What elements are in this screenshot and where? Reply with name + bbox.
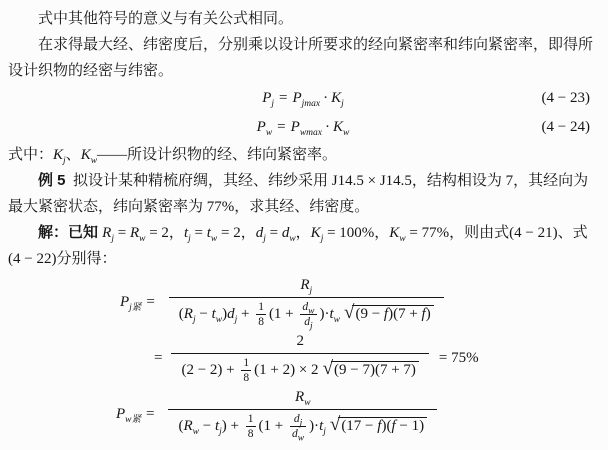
math-token: 、式 [558, 225, 588, 241]
dot-operator: · [323, 90, 328, 106]
subscript: w [304, 398, 310, 408]
math-token: ) [426, 306, 431, 322]
math-token: = [266, 225, 282, 241]
formula-warp-tightness-numeric: = 2 (2 − 2) + 18(1 + 2) × 2√(9 − 7)(7 + … [8, 332, 598, 384]
math-token: − 1) [396, 418, 424, 434]
subscript: j [300, 418, 303, 428]
math-token: (1 + 2) × 2 [254, 362, 318, 378]
equation-4-24: Pw=Pwmax·Kw (4 − 24) [8, 113, 598, 142]
square-root: √(9 − 7)(7 + 7) [323, 357, 419, 382]
var-R-weft: R [130, 225, 139, 241]
math-token: (9 − [355, 306, 383, 322]
math-token: = [191, 225, 207, 241]
where-prefix: 式中： [8, 147, 53, 163]
math-token: (2 − 2) + [181, 362, 238, 378]
subscript: jmax [302, 99, 320, 109]
subscript: w [334, 315, 340, 325]
solution-paragraph: 解：已知 Rj = Rw = 2，tj = tw = 2，dj = dw，Kj … [8, 220, 598, 272]
equation-4-23: Pj=Pjmax·Kj (4 − 23) [8, 84, 598, 113]
math-token: (9 − 7)(7 + 7) [334, 362, 416, 378]
math-token: )(7 + [388, 306, 421, 322]
minus-sign: − [199, 418, 215, 434]
var-R-weft: R [295, 389, 304, 405]
main-fraction: Rj (Rj − tw)dj + 18(1 + dwdj)·tw√(9 − f)… [169, 276, 444, 328]
var-K-warp: K [331, 90, 341, 106]
subscript: j [341, 99, 344, 109]
equation-reference-4-22: (4 − 22) [8, 251, 56, 267]
equation-number-4-24: (4 − 24) [542, 113, 590, 142]
var-P-weft-max: P [291, 119, 300, 135]
solution-label: 解：已知 [38, 224, 102, 241]
var-K-weft: K [389, 225, 399, 241]
fraction-diameter-ratio: djdw [290, 413, 306, 440]
fraction-denominator: (2 − 2) + 18(1 + 2) × 2√(9 − 7)(7 + 7) [171, 353, 428, 384]
small-denominator: 8 [246, 426, 256, 440]
subscript: j [323, 427, 326, 437]
var-R-warp: R [184, 306, 193, 322]
small-numerator: 1 [246, 413, 256, 426]
example-text [66, 173, 74, 189]
fraction-one-eighth: 18 [241, 357, 251, 384]
subscript: wmax [300, 128, 322, 138]
subscript: w [298, 433, 304, 443]
formula-weft-tightness: Pw紧= Rw (Rw − tj) + 18(1 + djdw)·tj√(17 … [8, 388, 598, 440]
formula-lhs: = [154, 345, 162, 371]
var-d-warp: d [227, 306, 235, 322]
fraction-numerator: Rw [168, 388, 437, 409]
var-P-warp-max: P [292, 90, 301, 106]
var-K-warp: K [53, 147, 63, 163]
math-token: = [114, 225, 130, 241]
where-description: ——所设计织物的经、纬向紧密率。 [97, 147, 337, 163]
math-token: ， [296, 225, 311, 241]
small-numerator: 1 [241, 357, 251, 370]
fraction-denominator: (Rw − tj) + 18(1 + djdw)·tj√(17 − f)(f −… [168, 409, 437, 440]
var-R-warp: R [300, 277, 309, 293]
subscript: j [310, 286, 313, 296]
math-token: (1 + [269, 306, 297, 322]
textbook-page: 式中其他符号的意义与有关公式相同。 在求得最大经、纬密度后，分别乘以设计所要求的… [0, 0, 608, 450]
fraction-numerator: Rj [169, 276, 444, 297]
enumeration-comma: 、 [66, 147, 81, 163]
subscript: j [271, 99, 274, 109]
equals-sign: = [146, 406, 154, 422]
radicand: (17 − f)(f − 1) [338, 417, 427, 434]
math-token: )· [320, 306, 330, 322]
equals-sign: = [277, 119, 285, 135]
yarn-spec: J14.5 × J14.5 [332, 173, 412, 189]
equation-reference-4-21: (4 − 21) [509, 225, 557, 241]
where-clause: 式中：Kj、Kw——所设计织物的经、纬向紧密率。 [8, 142, 598, 168]
var-P-weft-tight: P [116, 406, 125, 422]
equals-sign: = [146, 294, 154, 310]
var-R-weft: R [183, 418, 192, 434]
small-numerator: dj [290, 413, 306, 426]
math-token: (1 + [259, 418, 287, 434]
minus-sign: − [196, 306, 212, 322]
square-root: √(17 − f)(f − 1) [330, 413, 427, 438]
equals-sign: = [154, 350, 162, 366]
small-numerator: 1 [256, 301, 266, 314]
math-token: = 2， [217, 225, 255, 241]
math-token: 2 [296, 333, 304, 349]
small-numerator: dw [300, 301, 316, 314]
var-P-warp-tight: P [120, 294, 129, 310]
square-root: √(9 − f)(7 + f) [344, 301, 434, 326]
equation-4-23-body: Pj=Pjmax·Kj [262, 90, 344, 106]
formula-lhs: Pj紧= [120, 289, 160, 315]
var-K-weft: K [333, 119, 343, 135]
subscript: w [343, 128, 349, 138]
equals-sign: = [279, 90, 287, 106]
subscript: w紧 [125, 415, 141, 425]
paragraph-symbols-note: 式中其他符号的意义与有关公式相同。 [8, 6, 598, 32]
formula-warp-tightness: Pj紧= Rj (Rj − tw)dj + 18(1 + dwdj)·tw√(9… [8, 276, 598, 328]
formula-lhs: Pw紧= [116, 401, 159, 427]
math-token: (17 − [341, 418, 377, 434]
radicand: (9 − 7)(7 + 7) [331, 361, 419, 378]
dot-operator: · [325, 119, 330, 135]
fraction-one-eighth: 18 [256, 301, 266, 328]
equation-number-4-23: (4 − 23) [542, 84, 590, 113]
small-denominator: dw [290, 426, 306, 440]
plus-sign: + [237, 306, 253, 322]
subscript: w [308, 306, 314, 316]
fraction-numerator: 2 [171, 332, 428, 353]
paragraph-density-method: 在求得最大经、纬密度后，分别乘以设计所要求的经向紧密率和纬向紧密率，即得所设计织… [8, 32, 598, 84]
var-K-weft: K [81, 147, 91, 163]
example-5-paragraph: 例 5 拟设计某种精梳府绸，其经、纬纱采用 J14.5 × J14.5，结构相设… [8, 168, 598, 220]
radicand: (9 − f)(7 + f) [352, 305, 433, 322]
var-R-warp: R [102, 225, 111, 241]
main-fraction: Rw (Rw − tj) + 18(1 + djdw)·tj√(17 − f)(… [168, 388, 437, 440]
subscript: j [310, 321, 313, 331]
math-token: )( [381, 418, 391, 434]
var-P-warp: P [262, 90, 271, 106]
math-token: )· [309, 418, 319, 434]
subscript: w [266, 128, 272, 138]
fraction-diameter-ratio: dwdj [300, 301, 316, 328]
fraction-denominator: (Rj − tw)dj + 18(1 + dwdj)·tw√(9 − f)(7 … [169, 297, 444, 328]
var-K-warp: K [311, 225, 321, 241]
example-text: 拟设计某种精梳府绸，其经、纬纱采用 [73, 173, 332, 189]
subscript: j紧 [129, 303, 141, 313]
math-token: ) + [222, 418, 243, 434]
math-token: = 77%，则由式 [406, 225, 509, 241]
var-P-weft: P [257, 119, 266, 135]
small-denominator: 8 [241, 370, 251, 384]
main-fraction: 2 (2 − 2) + 18(1 + 2) × 2√(9 − 7)(7 + 7) [171, 332, 428, 384]
fraction-one-eighth: 18 [246, 413, 256, 440]
equation-4-24-body: Pw=Pwmax·Kw [257, 119, 350, 135]
math-token: 分别得： [56, 251, 116, 267]
math-token: = 100%， [323, 225, 389, 241]
math-token: = 2， [145, 225, 183, 241]
example-label: 例 5 [38, 172, 66, 189]
result-value: = 75% [439, 345, 479, 371]
small-denominator: 8 [256, 314, 266, 328]
